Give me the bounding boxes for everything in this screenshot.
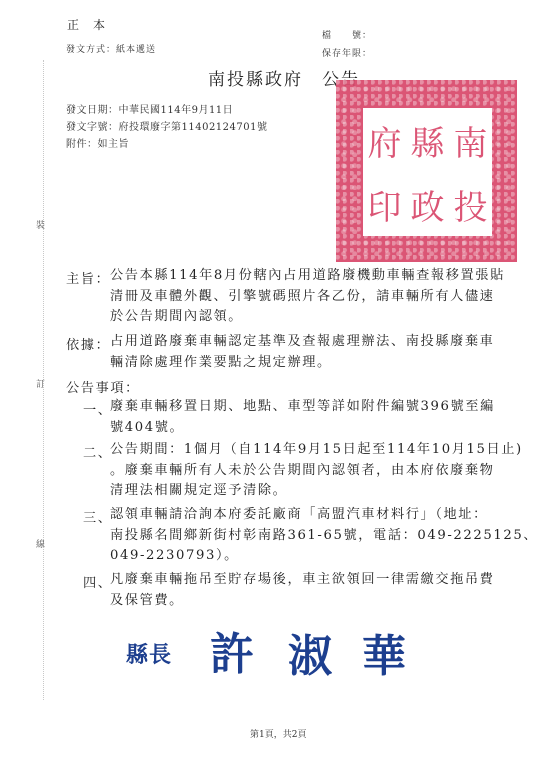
- notice-2-number: 二、: [83, 442, 113, 461]
- basis-line: 輛清除處理作業要點之規定辦理。: [110, 353, 494, 374]
- notice-line: 公告期間：1個月（自114年9月15日起至114年10月15日止): [110, 440, 523, 461]
- notice-line: 凡廢棄車輛拖吊至貯存場後，車主欲領回一律需繳交拖吊費: [110, 570, 494, 591]
- notices-label: 公告事項：: [66, 377, 140, 396]
- notice-line: 廢棄車輛移置日期、地點、車型等詳如附件編號396號至編: [110, 397, 495, 418]
- seal-char: 印: [363, 172, 406, 236]
- basis-label: 依據：: [66, 334, 110, 353]
- notice-1-text: 廢棄車輛移置日期、地點、車型等詳如附件編號396號至編 號404號。: [110, 397, 495, 438]
- seal-char: 南: [449, 108, 492, 172]
- notice-line: 049-2230793）。: [110, 546, 538, 567]
- copy-type: 正 本: [67, 16, 106, 33]
- binding-mark-xian: 線: [36, 537, 45, 550]
- seal-char: 縣: [406, 108, 449, 172]
- binding-mark-ding: 訂: [36, 377, 45, 390]
- subject-text: 公告本縣114年8月份轄內占用道路廢機動車輛查報移置張貼 清冊及車體外觀、引擎號…: [110, 266, 505, 328]
- notice-line: 認領車輛請洽詢本府委託廠商「高盟汽車材料行」（地址：: [110, 505, 538, 526]
- notice-2-text: 公告期間：1個月（自114年9月15日起至114年10月15日止) 。廢棄車輛所…: [110, 440, 523, 502]
- seal-char: 政: [406, 172, 449, 236]
- delivery-method: 發文方式：紙本遞送: [66, 42, 156, 55]
- document-number: 發文字號：府投環廢字第11402124701號: [66, 118, 268, 133]
- file-number-label: 檔 號：: [322, 28, 372, 41]
- subject-line: 清冊及車體外觀、引擎號碼照片各乙份，請車輛所有人儘速: [110, 287, 505, 308]
- subject-label: 主旨：: [66, 268, 110, 287]
- notice-4-text: 凡廢棄車輛拖吊至貯存場後，車主欲領回一律需繳交拖吊費 及保管費。: [110, 570, 494, 611]
- notice-3-number: 三、: [83, 507, 113, 526]
- page-info: 第1頁，共2頁: [250, 727, 306, 740]
- notice-line: 。廢棄車輛所有人未於公告期間內認領者，由本府依廢棄物: [110, 461, 523, 482]
- notice-3-text: 認領車輛請洽詢本府委託廠商「高盟汽車材料行」（地址： 南投縣名間鄉新街村彰南路3…: [110, 505, 538, 567]
- seal-char: 投: [449, 172, 492, 236]
- subject-line: 於公告期間內認領。: [110, 307, 505, 328]
- binding-mark-zhuang: 裝: [36, 218, 45, 231]
- seal-inner: 南 縣 府 投 政 印: [363, 108, 492, 236]
- notice-line: 南投縣名間鄉新街村彰南路361-65號，電話：049-2225125、: [110, 526, 538, 547]
- notice-line: 號404號。: [110, 418, 495, 439]
- notice-line: 清理法相關規定逕予清除。: [110, 481, 523, 502]
- signature-name-char: 華: [362, 620, 406, 684]
- signature-name-char: 許: [210, 618, 254, 682]
- subject-line: 公告本縣114年8月份轄內占用道路廢機動車輛查報移置張貼: [110, 266, 505, 287]
- signature-title: 縣長: [126, 638, 172, 669]
- issue-date: 發文日期：中華民國114年9月11日: [66, 101, 233, 116]
- retention-label: 保存年限：: [322, 46, 372, 59]
- signature-name-char: 淑: [288, 620, 332, 684]
- notice-1-number: 一、: [83, 399, 113, 418]
- basis-line: 占用道路廢棄車輛認定基準及查報處理辦法、南投縣廢棄車: [110, 332, 494, 353]
- attachment: 附件：如主旨: [66, 135, 129, 150]
- official-seal-stamp: 南 縣 府 投 政 印: [336, 80, 517, 262]
- seal-char: 府: [363, 108, 406, 172]
- notice-line: 及保管費。: [110, 591, 494, 612]
- notice-4-number: 四、: [83, 572, 113, 591]
- basis-text: 占用道路廢棄車輛認定基準及查報處理辦法、南投縣廢棄車 輛清除處理作業要點之規定辦…: [110, 332, 494, 373]
